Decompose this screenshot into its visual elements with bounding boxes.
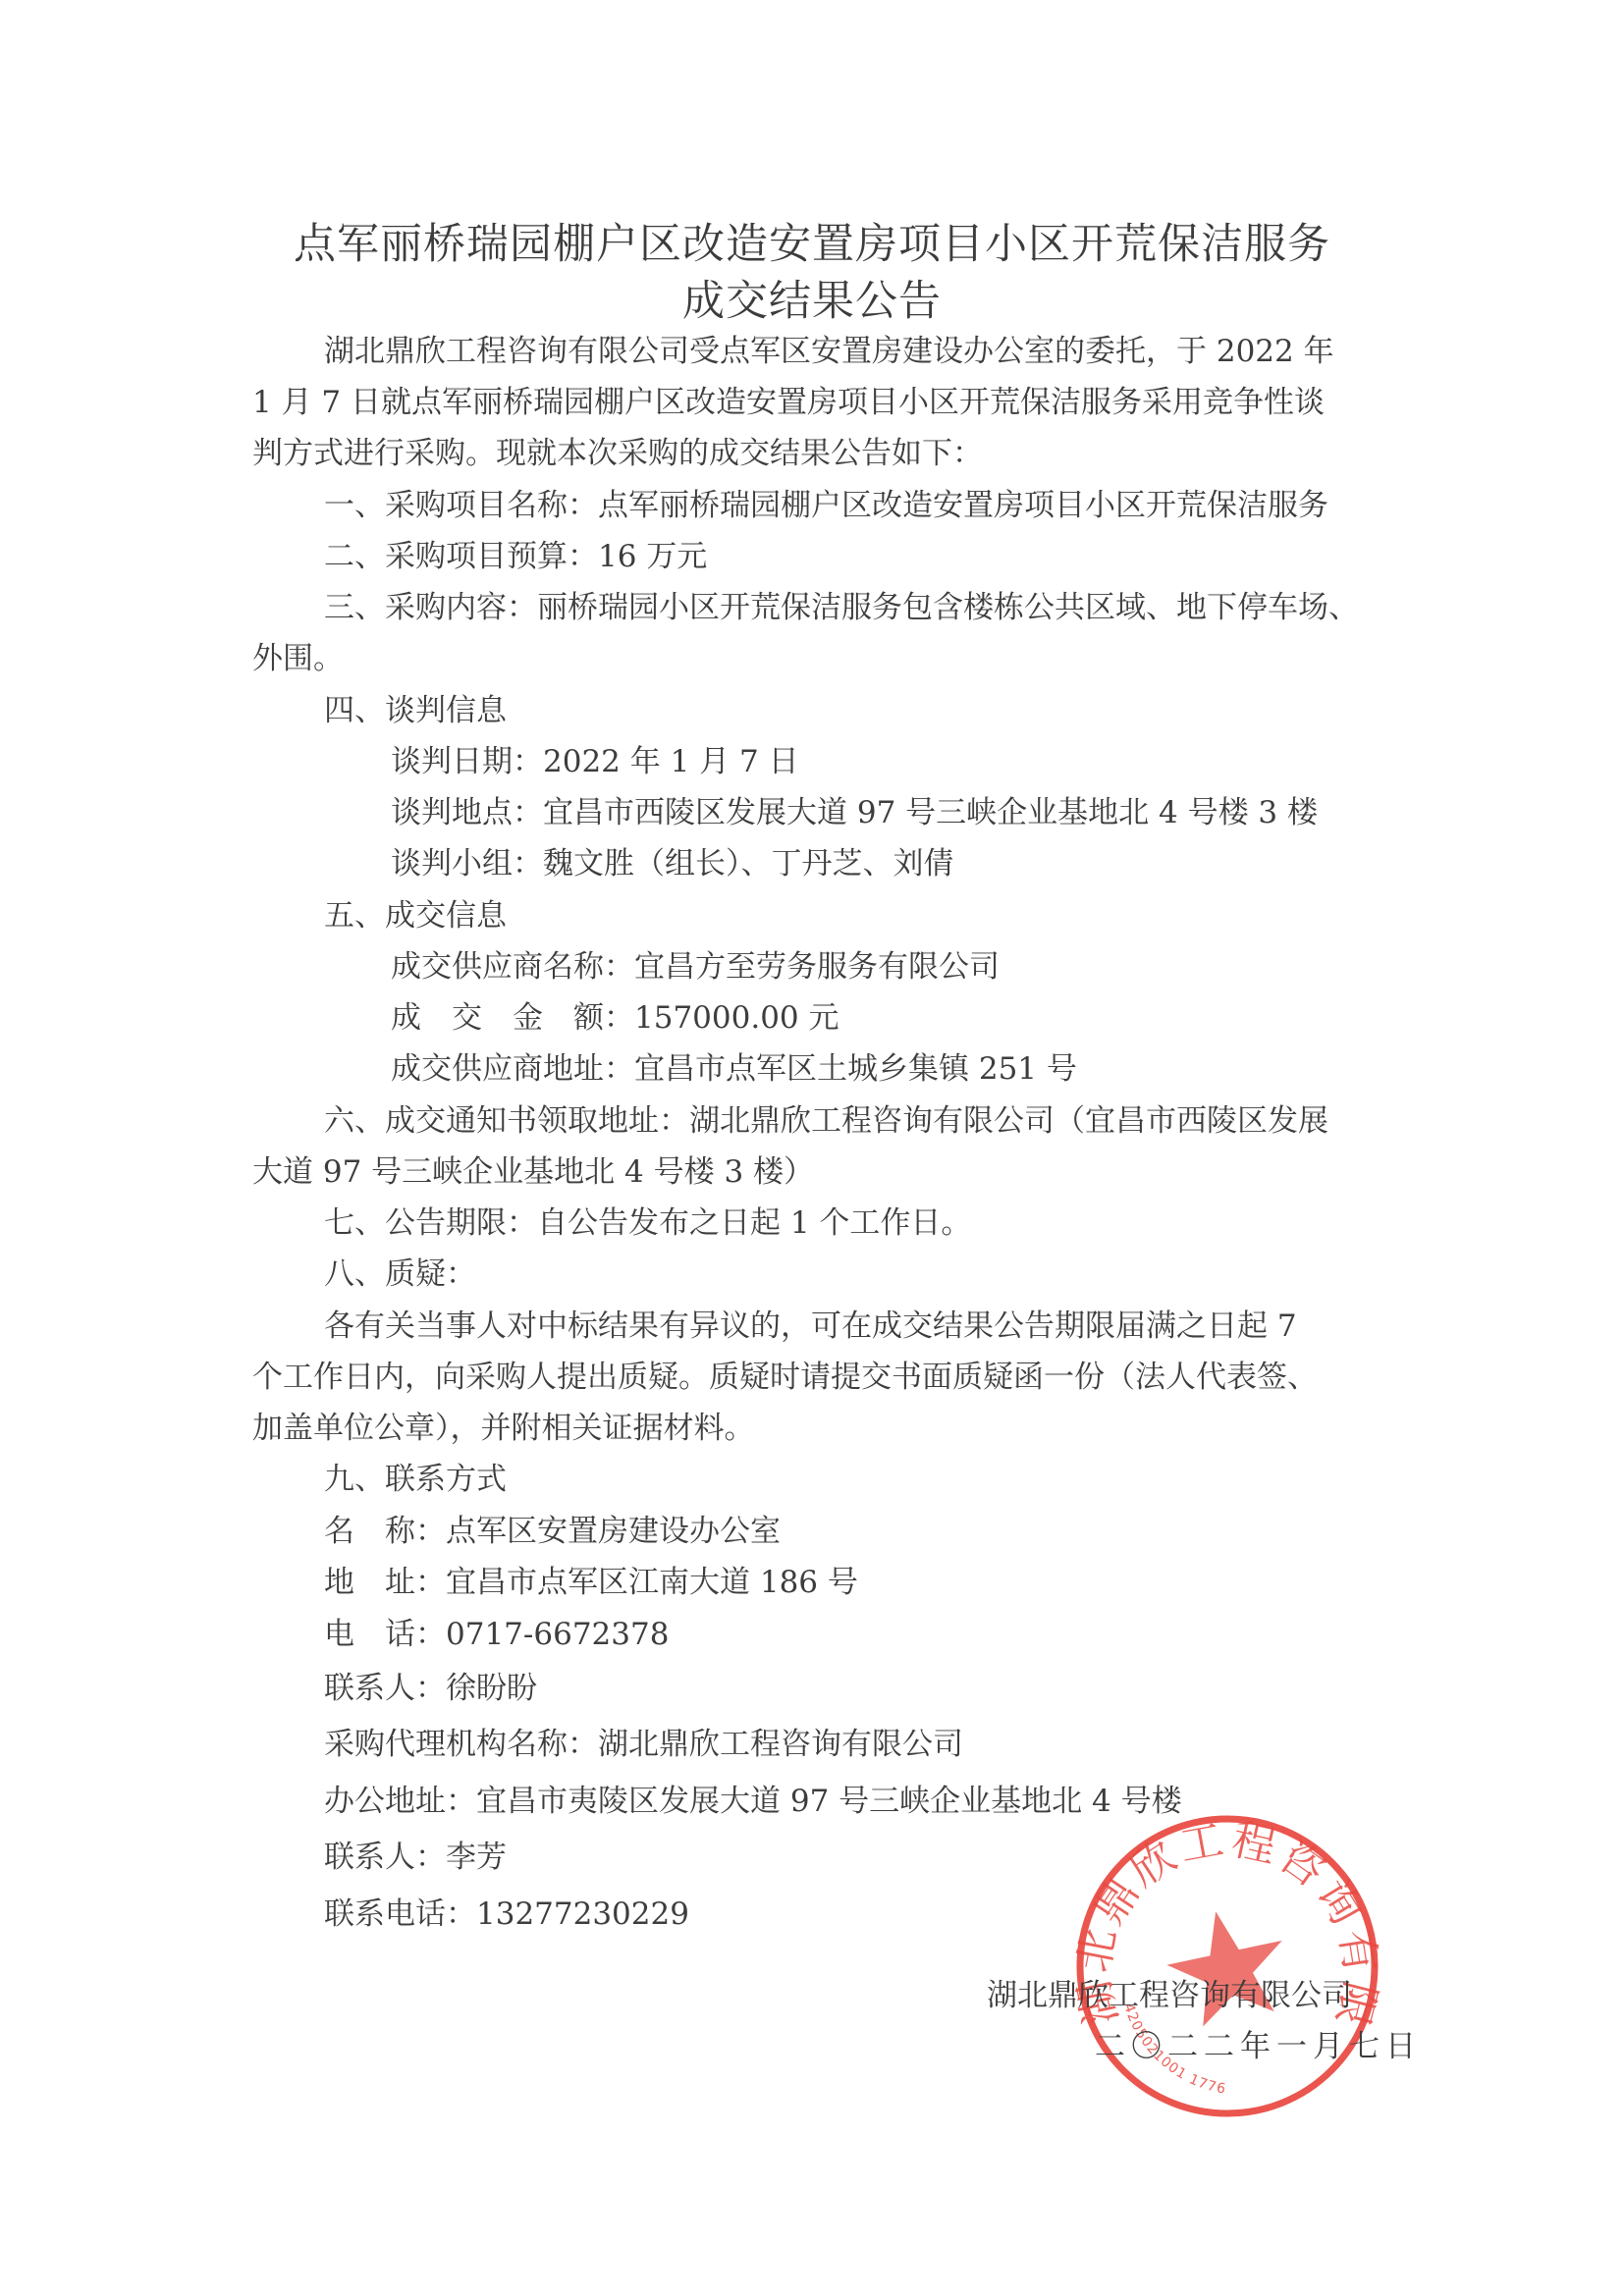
section-7-announcement-period: 七、公告期限：自公告发布之日起 1 个工作日。 [324,1203,971,1243]
section-5-heading: 五、成交信息 [324,896,507,935]
document-title-line1: 点军丽桥瑞园棚户区改造安置房项目小区开荒保洁服务 [0,211,1624,271]
deal-amount: 成 交 金 额：157000.00 元 [391,998,839,1038]
official-seal-icon: 湖北鼎欣工程咨询有限公司 4205021001 1776 [1065,1809,1389,2133]
section-6-notice-pickup: 六、成交通知书领取地址：湖北鼎欣工程咨询有限公司（宜昌市西陵区发展 [324,1101,1328,1141]
contact-phone: 电 话：0717-6672378 [324,1615,669,1654]
challenge-line-2: 个工作日内，向采购人提出质疑。质疑时请提交书面质疑函一份（法人代表签、 [252,1358,1318,1397]
section-3-content-cont: 外围。 [252,639,344,678]
signature-date: 二〇二二年一月七日 [1095,2027,1422,2066]
contact-name: 名 称：点军区安置房建设办公室 [324,1512,781,1551]
document-page: 点军丽桥瑞园棚户区改造安置房项目小区开荒保洁服务 成交结果公告 湖北鼎欣工程咨询… [0,0,1624,2296]
section-3-content: 三、采购内容：丽桥瑞园小区开荒保洁服务包含楼栋公共区域、地下停车场、 [324,588,1359,627]
negotiation-team: 谈判小组：魏文胜（组长）、丁丹芝、刘倩 [391,844,954,883]
negotiation-date: 谈判日期：2022 年 1 月 7 日 [391,742,799,781]
agency-name: 采购代理机构名称：湖北鼎欣工程咨询有限公司 [324,1725,963,1764]
supplier-address: 成交供应商地址：宜昌市点军区土城乡集镇 251 号 [391,1049,1077,1089]
intro-line-2: 1 月 7 日就点军丽桥瑞园棚户区改造安置房项目小区开荒保洁服务采用竞争性谈 [252,383,1325,422]
agency-address: 办公地址：宜昌市夷陵区发展大道 97 号三峡企业基地北 4 号楼 [324,1782,1182,1821]
challenge-line-3: 加盖单位公章），并附相关证据材料。 [252,1409,755,1448]
challenge-line-1: 各有关当事人对中标结果有异议的，可在成交结果公告期限届满之日起 7 [324,1307,1297,1346]
negotiation-location: 谈判地点：宜昌市西陵区发展大道 97 号三峡企业基地北 4 号楼 3 楼 [391,793,1318,832]
agency-phone: 联系电话：13277230229 [324,1895,689,1934]
section-1-project-name: 一、采购项目名称：点军丽桥瑞园棚户区改造安置房项目小区开荒保洁服务 [324,486,1328,525]
signature-company: 湖北鼎欣工程咨询有限公司 [987,1976,1352,2015]
section-8-heading: 八、质疑： [324,1255,476,1294]
contact-address: 地 址：宜昌市点军区江南大道 186 号 [324,1563,858,1602]
intro-line-3: 判方式进行采购。现就本次采购的成交结果公告如下： [252,434,983,473]
supplier-name: 成交供应商名称：宜昌方至劳务服务有限公司 [391,947,1000,987]
contact-person: 联系人：徐盼盼 [324,1669,537,1708]
section-6-notice-pickup-cont: 大道 97 号三峡企业基地北 4 号楼 3 楼） [252,1152,814,1192]
agency-contact: 联系人：李芳 [324,1838,507,1877]
intro-line-1: 湖北鼎欣工程咨询有限公司受点军区安置房建设办公室的委托，于 2022 年 [324,332,1334,371]
section-2-budget: 二、采购项目预算：16 万元 [324,537,707,576]
section-9-heading: 九、联系方式 [324,1460,507,1499]
section-4-heading: 四、谈判信息 [324,691,507,730]
document-title-line2: 成交结果公告 [0,268,1624,328]
